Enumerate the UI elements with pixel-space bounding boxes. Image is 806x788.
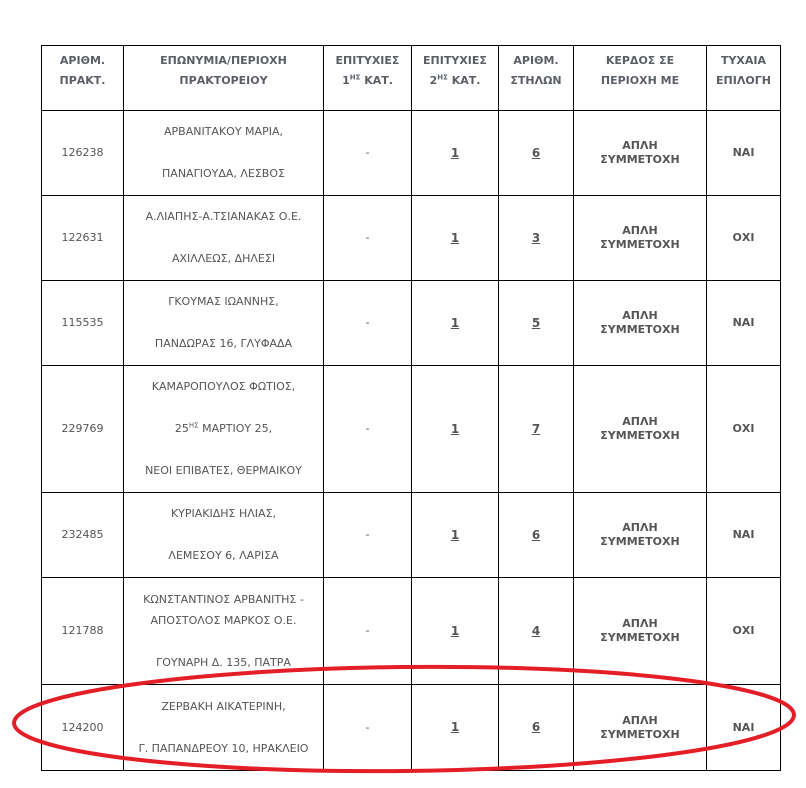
- second-category-wins-link[interactable]: 1: [451, 146, 459, 160]
- random-pick: ΟΧΙ: [707, 578, 781, 685]
- columns-count-link[interactable]: 3: [532, 231, 540, 245]
- columns-count-cell: 6: [499, 685, 574, 771]
- second-category-wins-cell: 1: [412, 111, 499, 196]
- columns-count-cell: 4: [499, 578, 574, 685]
- columns-count-cell: 6: [499, 111, 574, 196]
- second-category-wins-link[interactable]: 1: [451, 316, 459, 330]
- gain-type: ΑΠΛΗΣΥΜΜΕΤΟΧΗ: [574, 366, 707, 493]
- table-row: 115535 ΓΚΟΥΜΑΣ ΙΩΑΝΝΗΣ,ΠΑΝΔΩΡΑΣ 16, ΓΛΥΦ…: [42, 281, 781, 366]
- table-header-row: ΑΡΙΘΜ.ΠΡΑΚΤ. ΕΠΩΝΥΜΙΑ/ΠΕΡΙΟΧΗΠΡΑΚΤΟΡΕΙΟΥ…: [42, 46, 781, 111]
- table-row: 229769 ΚΑΜΑΡΟΠΟΥΛΟΣ ΦΩΤΙΟΣ,25ΗΣ ΜΑΡΤΙΟΥ …: [42, 366, 781, 493]
- header-agency-number: ΑΡΙΘΜ.ΠΡΑΚΤ.: [42, 46, 124, 111]
- second-category-wins-cell: 1: [412, 578, 499, 685]
- header-columns-count: ΑΡΙΘΜ.ΣΤΗΛΩΝ: [499, 46, 574, 111]
- agency-name-address: ΚΑΜΑΡΟΠΟΥΛΟΣ ΦΩΤΙΟΣ,25ΗΣ ΜΑΡΤΙΟΥ 25,ΝΕΟΙ…: [124, 366, 324, 493]
- agency-name-address: ΑΡΒΑΝΙΤΑΚΟΥ ΜΑΡΙΑ,ΠΑΝΑΓΙΟΥΔΑ, ΛΕΣΒΟΣ: [124, 111, 324, 196]
- second-category-wins-link[interactable]: 1: [451, 231, 459, 245]
- second-category-wins-link[interactable]: 1: [451, 720, 459, 734]
- table-row: 126238 ΑΡΒΑΝΙΤΑΚΟΥ ΜΑΡΙΑ,ΠΑΝΑΓΙΟΥΔΑ, ΛΕΣ…: [42, 111, 781, 196]
- random-pick: ΟΧΙ: [707, 196, 781, 281]
- agency-number: 232485: [42, 493, 124, 578]
- header-second-category-wins: ΕΠΙΤΥΧΙΕΣ2ΗΣ ΚΑΤ.: [412, 46, 499, 111]
- agency-name-address: ΚΩΝΣΤΑΝΤΙΝΟΣ ΑΡΒΑΝΙΤΗΣ -ΑΠΟΣΤΟΛΟΣ ΜΑΡΚΟΣ…: [124, 578, 324, 685]
- agency-number: 121788: [42, 578, 124, 685]
- gain-type: ΑΠΛΗΣΥΜΜΕΤΟΧΗ: [574, 196, 707, 281]
- second-category-wins-link[interactable]: 1: [451, 422, 459, 436]
- agency-number: 122631: [42, 196, 124, 281]
- agency-number: 229769: [42, 366, 124, 493]
- header-random-pick: ΤΥΧΑΙΑΕΠΙΛΟΓΗ: [707, 46, 781, 111]
- gain-type: ΑΠΛΗΣΥΜΜΕΤΟΧΗ: [574, 281, 707, 366]
- random-pick: ΝΑΙ: [707, 111, 781, 196]
- first-category-wins: -: [324, 366, 412, 493]
- header-gain-type: ΚΕΡΔΟΣ ΣΕΠΕΡΙΟΧΗ ΜΕ: [574, 46, 707, 111]
- first-category-wins: -: [324, 493, 412, 578]
- first-category-wins: -: [324, 281, 412, 366]
- columns-count-link[interactable]: 6: [532, 528, 540, 542]
- first-category-wins: -: [324, 578, 412, 685]
- columns-count-cell: 3: [499, 196, 574, 281]
- gain-type: ΑΠΛΗΣΥΜΜΕΤΟΧΗ: [574, 578, 707, 685]
- agency-name-address: ΓΚΟΥΜΑΣ ΙΩΑΝΝΗΣ,ΠΑΝΔΩΡΑΣ 16, ΓΛΥΦΑΔΑ: [124, 281, 324, 366]
- columns-count-link[interactable]: 7: [532, 422, 540, 436]
- second-category-wins-cell: 1: [412, 685, 499, 771]
- random-pick: ΟΧΙ: [707, 366, 781, 493]
- second-category-wins-cell: 1: [412, 366, 499, 493]
- second-category-wins-cell: 1: [412, 493, 499, 578]
- header-first-category-wins: ΕΠΙΤΥΧΙΕΣ1ΗΣ ΚΑΤ.: [324, 46, 412, 111]
- first-category-wins: -: [324, 685, 412, 771]
- gain-type: ΑΠΛΗΣΥΜΜΕΤΟΧΗ: [574, 111, 707, 196]
- agency-number: 124200: [42, 685, 124, 771]
- first-category-wins: -: [324, 196, 412, 281]
- columns-count-link[interactable]: 6: [532, 146, 540, 160]
- winning-agencies-table: ΑΡΙΘΜ.ΠΡΑΚΤ. ΕΠΩΝΥΜΙΑ/ΠΕΡΙΟΧΗΠΡΑΚΤΟΡΕΙΟΥ…: [41, 45, 781, 771]
- columns-count-cell: 5: [499, 281, 574, 366]
- second-category-wins-cell: 1: [412, 281, 499, 366]
- agency-name-address: ΚΥΡΙΑΚΙΔΗΣ ΗΛΙΑΣ,ΛΕΜΕΣΟΥ 6, ΛΑΡΙΣΑ: [124, 493, 324, 578]
- agency-number: 126238: [42, 111, 124, 196]
- table-row-highlighted: 124200 ΖΕΡΒΑΚΗ ΑΙΚΑΤΕΡΙΝΗ,Γ. ΠΑΠΑΝΔΡΕΟΥ …: [42, 685, 781, 771]
- random-pick: ΝΑΙ: [707, 281, 781, 366]
- second-category-wins-cell: 1: [412, 196, 499, 281]
- agency-name-address: Α.ΛΙΑΠΗΣ-Α.ΤΣΙΑΝΑΚΑΣ Ο.Ε.ΑΧΙΛΛΕΩΣ, ΔΗΛΕΣ…: [124, 196, 324, 281]
- header-agency-name: ΕΠΩΝΥΜΙΑ/ΠΕΡΙΟΧΗΠΡΑΚΤΟΡΕΙΟΥ: [124, 46, 324, 111]
- columns-count-link[interactable]: 6: [532, 720, 540, 734]
- gain-type: ΑΠΛΗΣΥΜΜΕΤΟΧΗ: [574, 493, 707, 578]
- gain-type: ΑΠΛΗΣΥΜΜΕΤΟΧΗ: [574, 685, 707, 771]
- table-row: 121788 ΚΩΝΣΤΑΝΤΙΝΟΣ ΑΡΒΑΝΙΤΗΣ -ΑΠΟΣΤΟΛΟΣ…: [42, 578, 781, 685]
- columns-count-link[interactable]: 5: [532, 316, 540, 330]
- first-category-wins: -: [324, 111, 412, 196]
- random-pick: ΝΑΙ: [707, 493, 781, 578]
- columns-count-link[interactable]: 4: [532, 624, 540, 638]
- random-pick: ΝΑΙ: [707, 685, 781, 771]
- second-category-wins-link[interactable]: 1: [451, 624, 459, 638]
- agency-number: 115535: [42, 281, 124, 366]
- columns-count-cell: 7: [499, 366, 574, 493]
- table-row: 232485 ΚΥΡΙΑΚΙΔΗΣ ΗΛΙΑΣ,ΛΕΜΕΣΟΥ 6, ΛΑΡΙΣ…: [42, 493, 781, 578]
- table-row: 122631 Α.ΛΙΑΠΗΣ-Α.ΤΣΙΑΝΑΚΑΣ Ο.Ε.ΑΧΙΛΛΕΩΣ…: [42, 196, 781, 281]
- second-category-wins-link[interactable]: 1: [451, 528, 459, 542]
- columns-count-cell: 6: [499, 493, 574, 578]
- agency-name-address: ΖΕΡΒΑΚΗ ΑΙΚΑΤΕΡΙΝΗ,Γ. ΠΑΠΑΝΔΡΕΟΥ 10, ΗΡΑ…: [124, 685, 324, 771]
